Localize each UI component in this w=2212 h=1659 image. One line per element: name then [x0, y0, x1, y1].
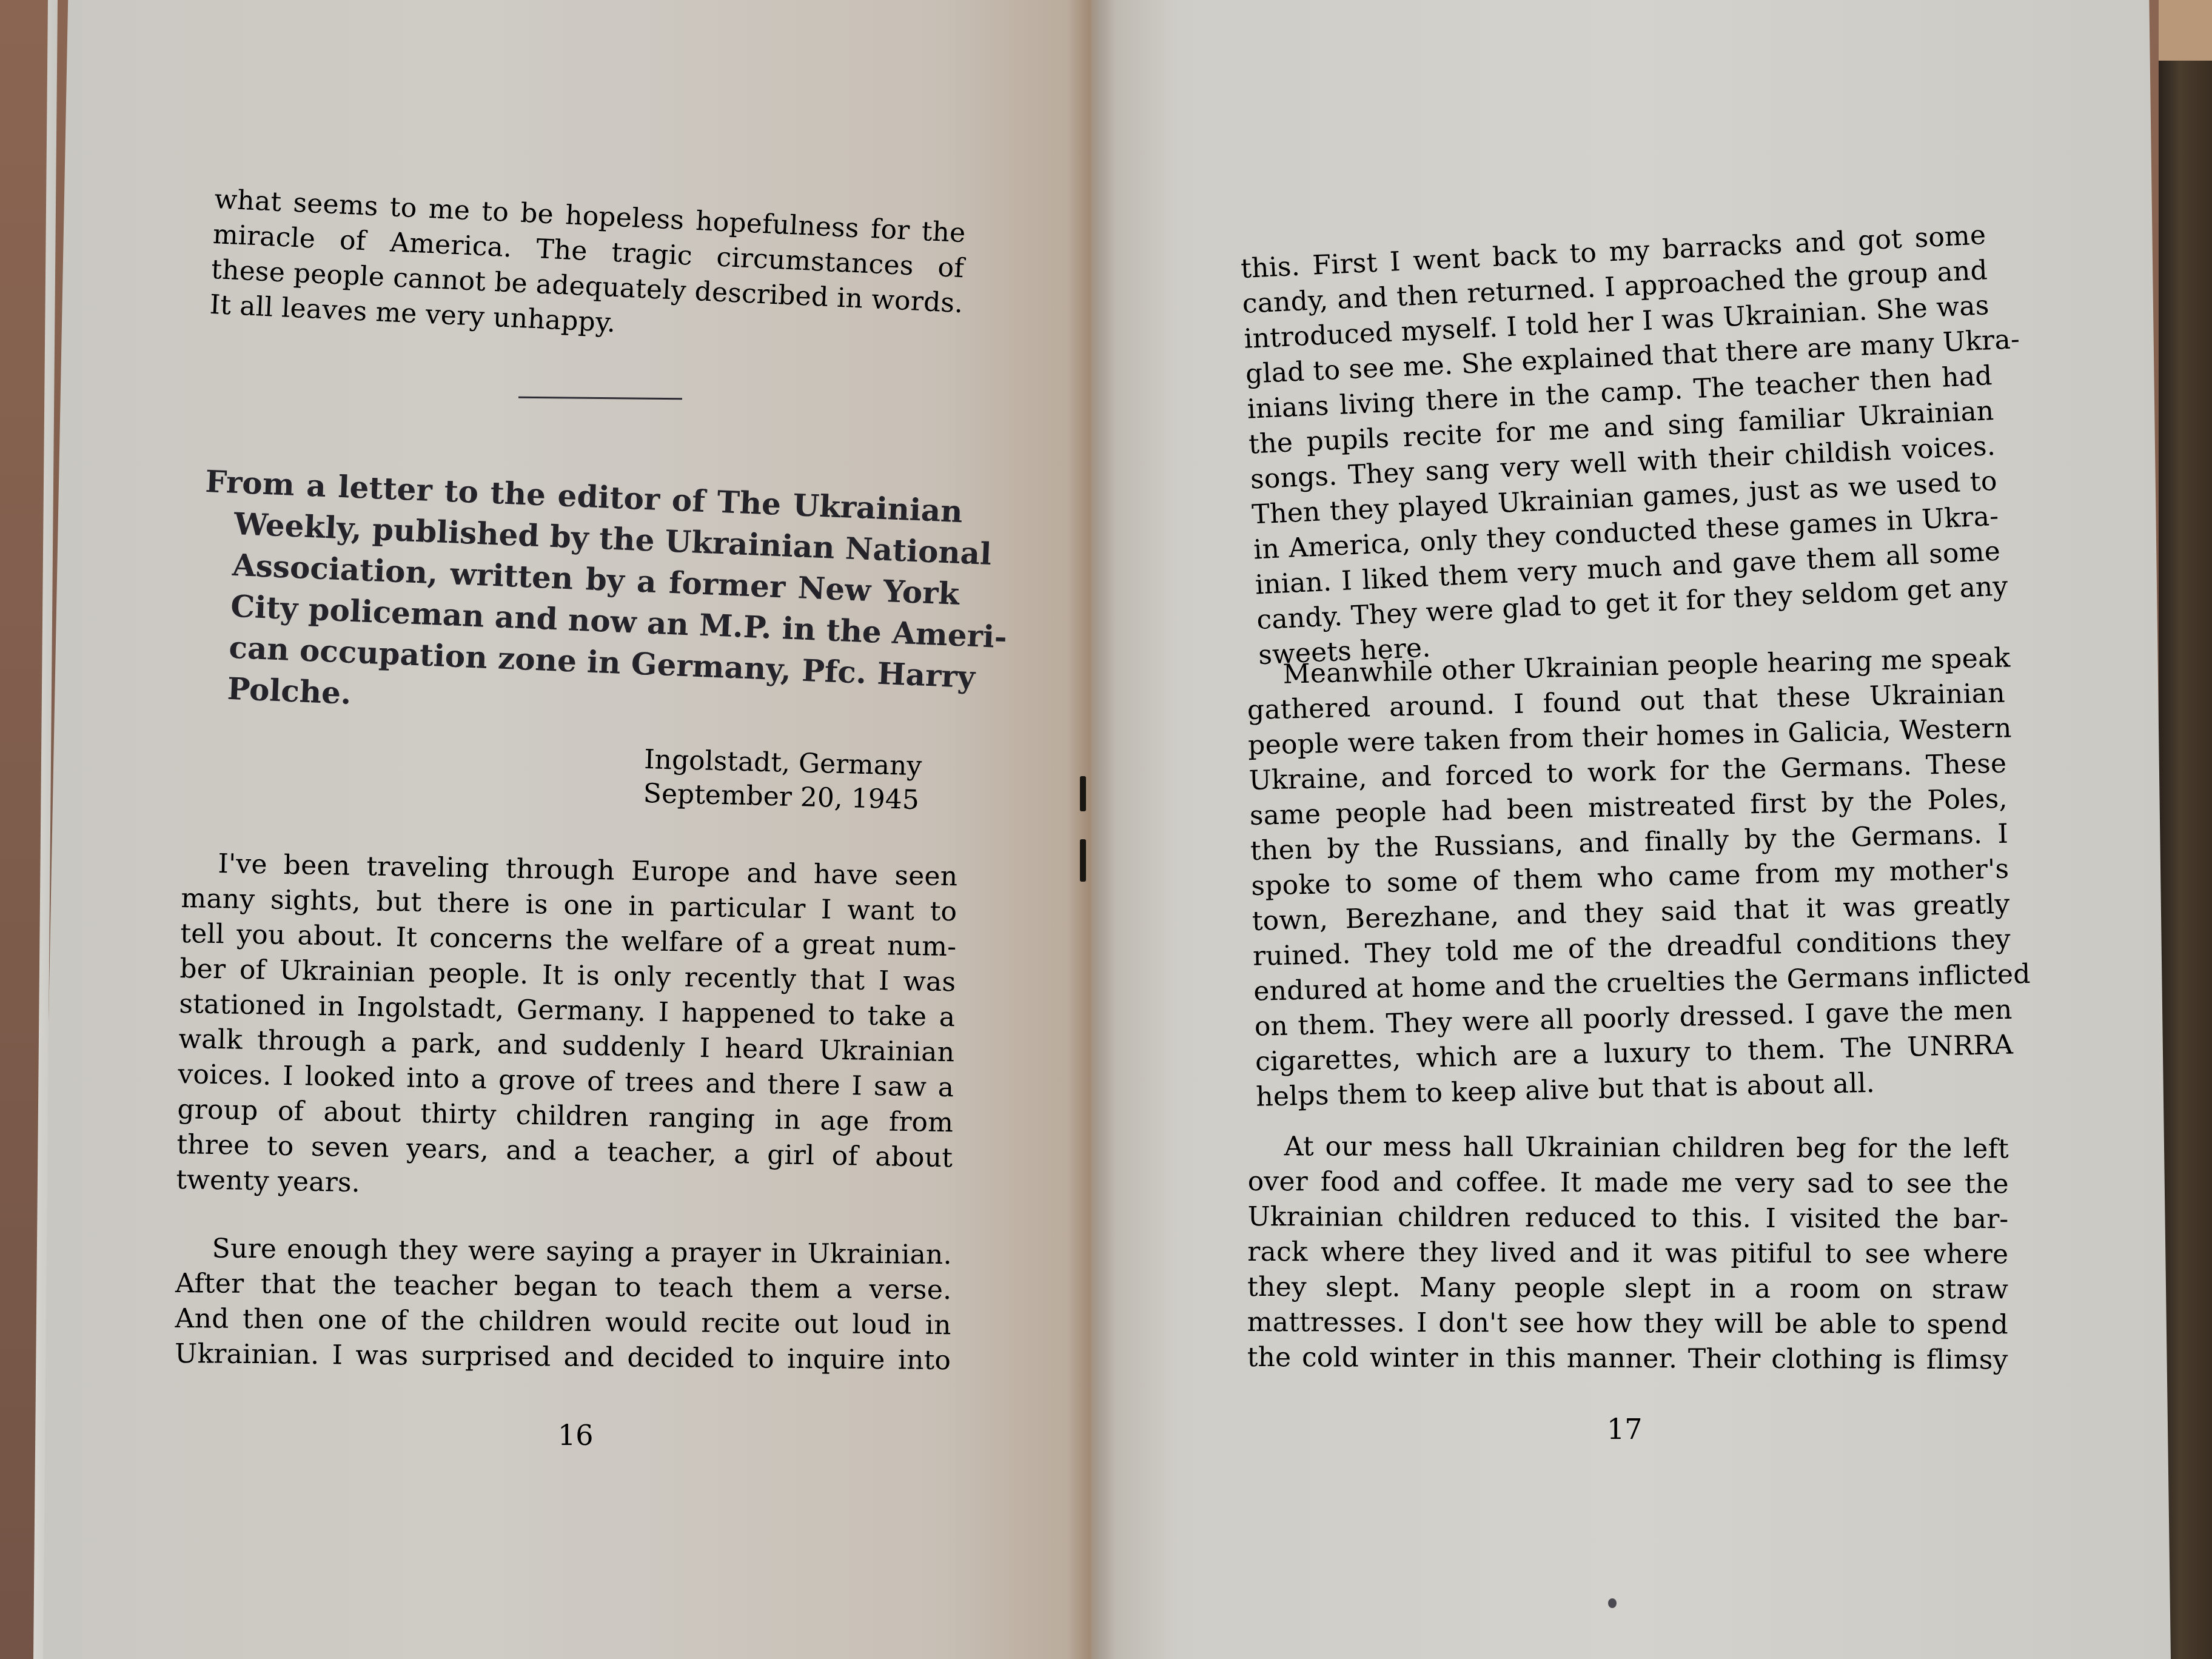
- left-paragraph-1: I've been traveling through Europe and h…: [176, 846, 958, 1211]
- text-line: mattresses. I don't see how they will be…: [1247, 1305, 2008, 1342]
- text-line: they slept. Many people slept in a room …: [1247, 1270, 2008, 1307]
- text-line: the cold winter in this manner. Their cl…: [1247, 1340, 2008, 1378]
- letter-heading: From a letter to the editor of The Ukrai…: [196, 461, 964, 739]
- page-number-left: 16: [558, 1419, 594, 1452]
- text-line: over food and coffee. It made me very sa…: [1248, 1164, 2009, 1202]
- page-number-right: 17: [1607, 1413, 1643, 1446]
- letter-dateline: Ingolstadt, Germany September 20, 1945: [643, 743, 922, 817]
- background-wall: [2159, 0, 2212, 67]
- dateline-date: September 20, 1945: [643, 777, 921, 817]
- left-paragraph-2: Sure enough they were saying a prayer in…: [175, 1231, 952, 1378]
- staple-bottom: [1080, 839, 1086, 882]
- right-paragraph-2: Meanwhile other Ukrainian people hearing…: [1246, 641, 2014, 1115]
- text-line: rack where they lived and it was pitiful…: [1247, 1235, 2008, 1272]
- staple-top: [1080, 776, 1086, 811]
- right-paragraph-1: this. First I went back to my barracks a…: [1240, 218, 2004, 673]
- book-gutter: [1067, 0, 1116, 1659]
- text-line: Ukrainian children reduced to this. I vi…: [1247, 1199, 2008, 1237]
- text-line: At our mess hall Ukrainian children beg …: [1248, 1129, 2009, 1167]
- paper-speck: [1608, 1598, 1617, 1608]
- text-line: Ukrainian. I was surprised and decided t…: [175, 1336, 951, 1378]
- right-paragraph-3: At our mess hall Ukrainian children beg …: [1247, 1129, 2009, 1378]
